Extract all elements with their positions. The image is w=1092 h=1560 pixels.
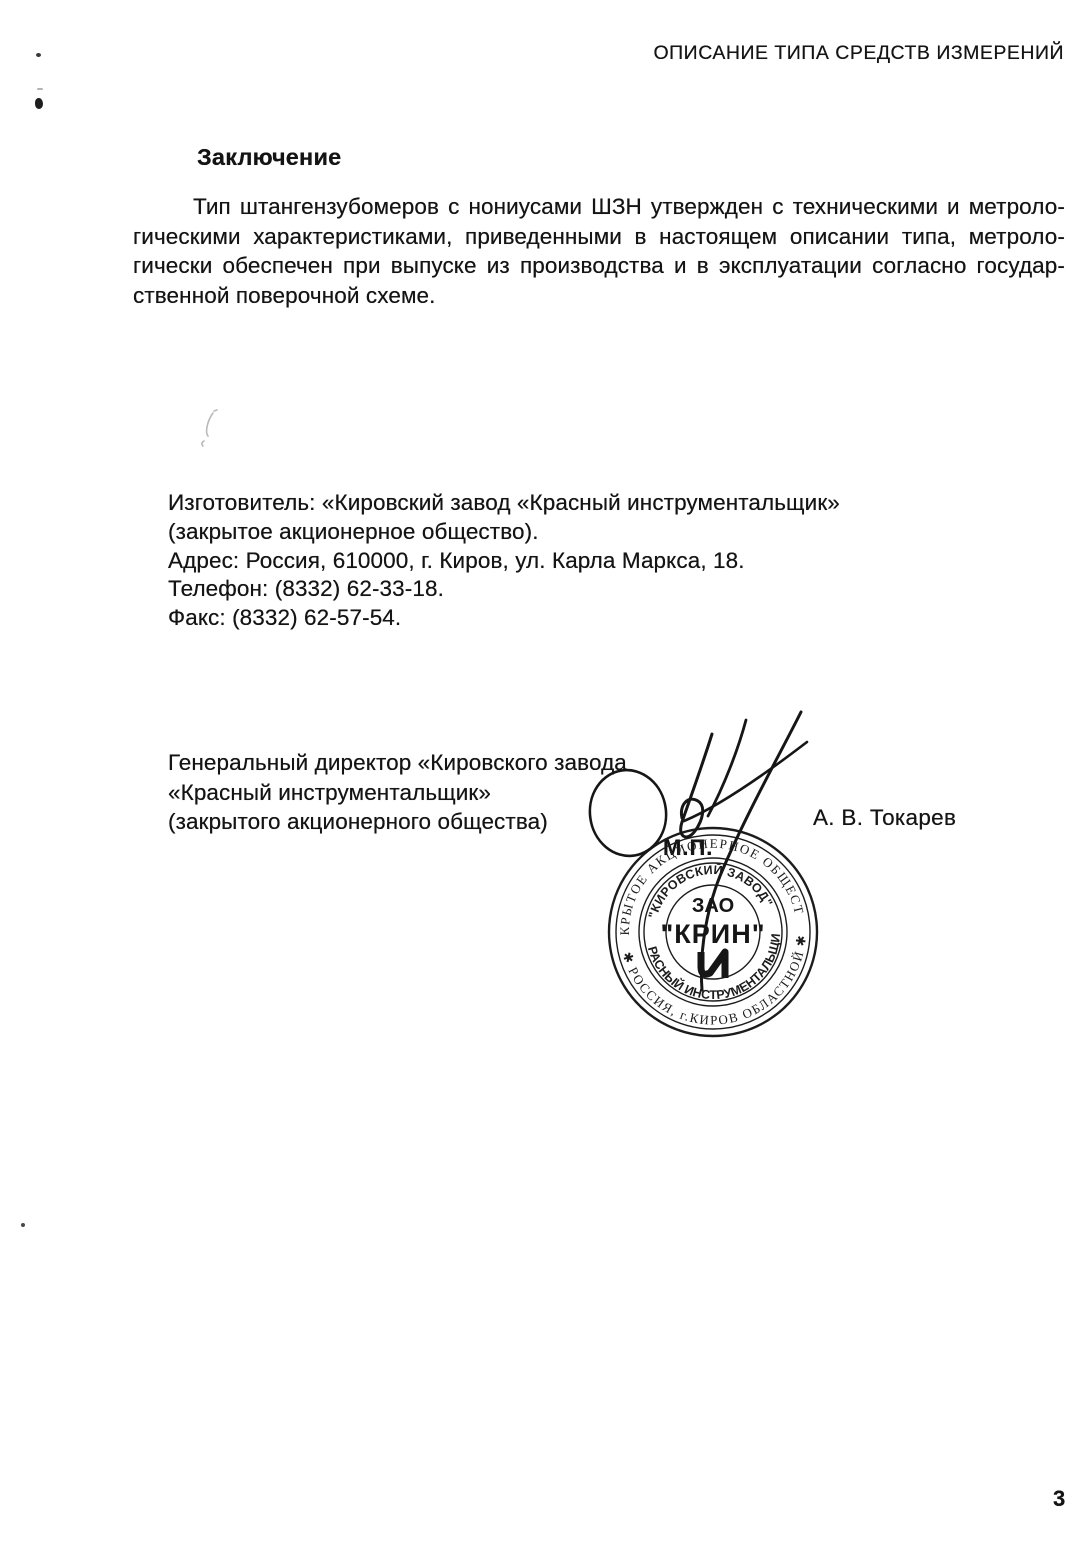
director-title-line: «Красный инструментальщик»: [168, 778, 627, 808]
scan-artifact-dot: [36, 53, 41, 57]
manufacturer-line: Изготовитель: «Кировский завод «Красный …: [168, 489, 840, 518]
paragraph-line: ственной поверочной схеме.: [133, 281, 1065, 311]
document-page: ОПИСАНИЕ ТИПА СРЕДСТВ ИЗМЕРЕНИЙ Заключен…: [0, 0, 1092, 1560]
paragraph-line: Тип штангензубомеров с нониусами ШЗН утв…: [133, 192, 1065, 222]
scan-artifact-dot: [35, 98, 43, 109]
director-title-line: Генеральный директор «Кировского завода: [168, 748, 627, 778]
page-number: 3: [1053, 1486, 1065, 1512]
director-title-line: (закрытого акционерного общества): [168, 807, 627, 837]
phone-line: Телефон: (8332) 62-33-18.: [168, 575, 840, 604]
paragraph-line: гическими характеристиками, приведенными…: [133, 222, 1065, 252]
handwritten-signature: [560, 690, 870, 1070]
document-header: ОПИСАНИЕ ТИПА СРЕДСТВ ИЗМЕРЕНИЙ: [654, 42, 1065, 65]
pen-mark: [195, 408, 225, 453]
address-line: Адрес: Россия, 610000, г. Киров, ул. Кар…: [168, 547, 840, 576]
manufacturer-block: Изготовитель: «Кировский завод «Красный …: [168, 489, 840, 633]
conclusion-paragraph: Тип штангензубомеров с нониусами ШЗН утв…: [133, 192, 1065, 310]
scan-artifact-dot: [21, 1223, 25, 1227]
fax-line: Факс: (8332) 62-57-54.: [168, 604, 840, 633]
manufacturer-line: (закрытое акционерное общество).: [168, 518, 840, 547]
scan-artifact-dash: [37, 88, 43, 90]
director-title-block: Генеральный директор «Кировского завода …: [168, 748, 627, 837]
paragraph-line: гически обеспечен при выпуске из произво…: [133, 251, 1065, 281]
section-heading: Заключение: [197, 144, 341, 171]
